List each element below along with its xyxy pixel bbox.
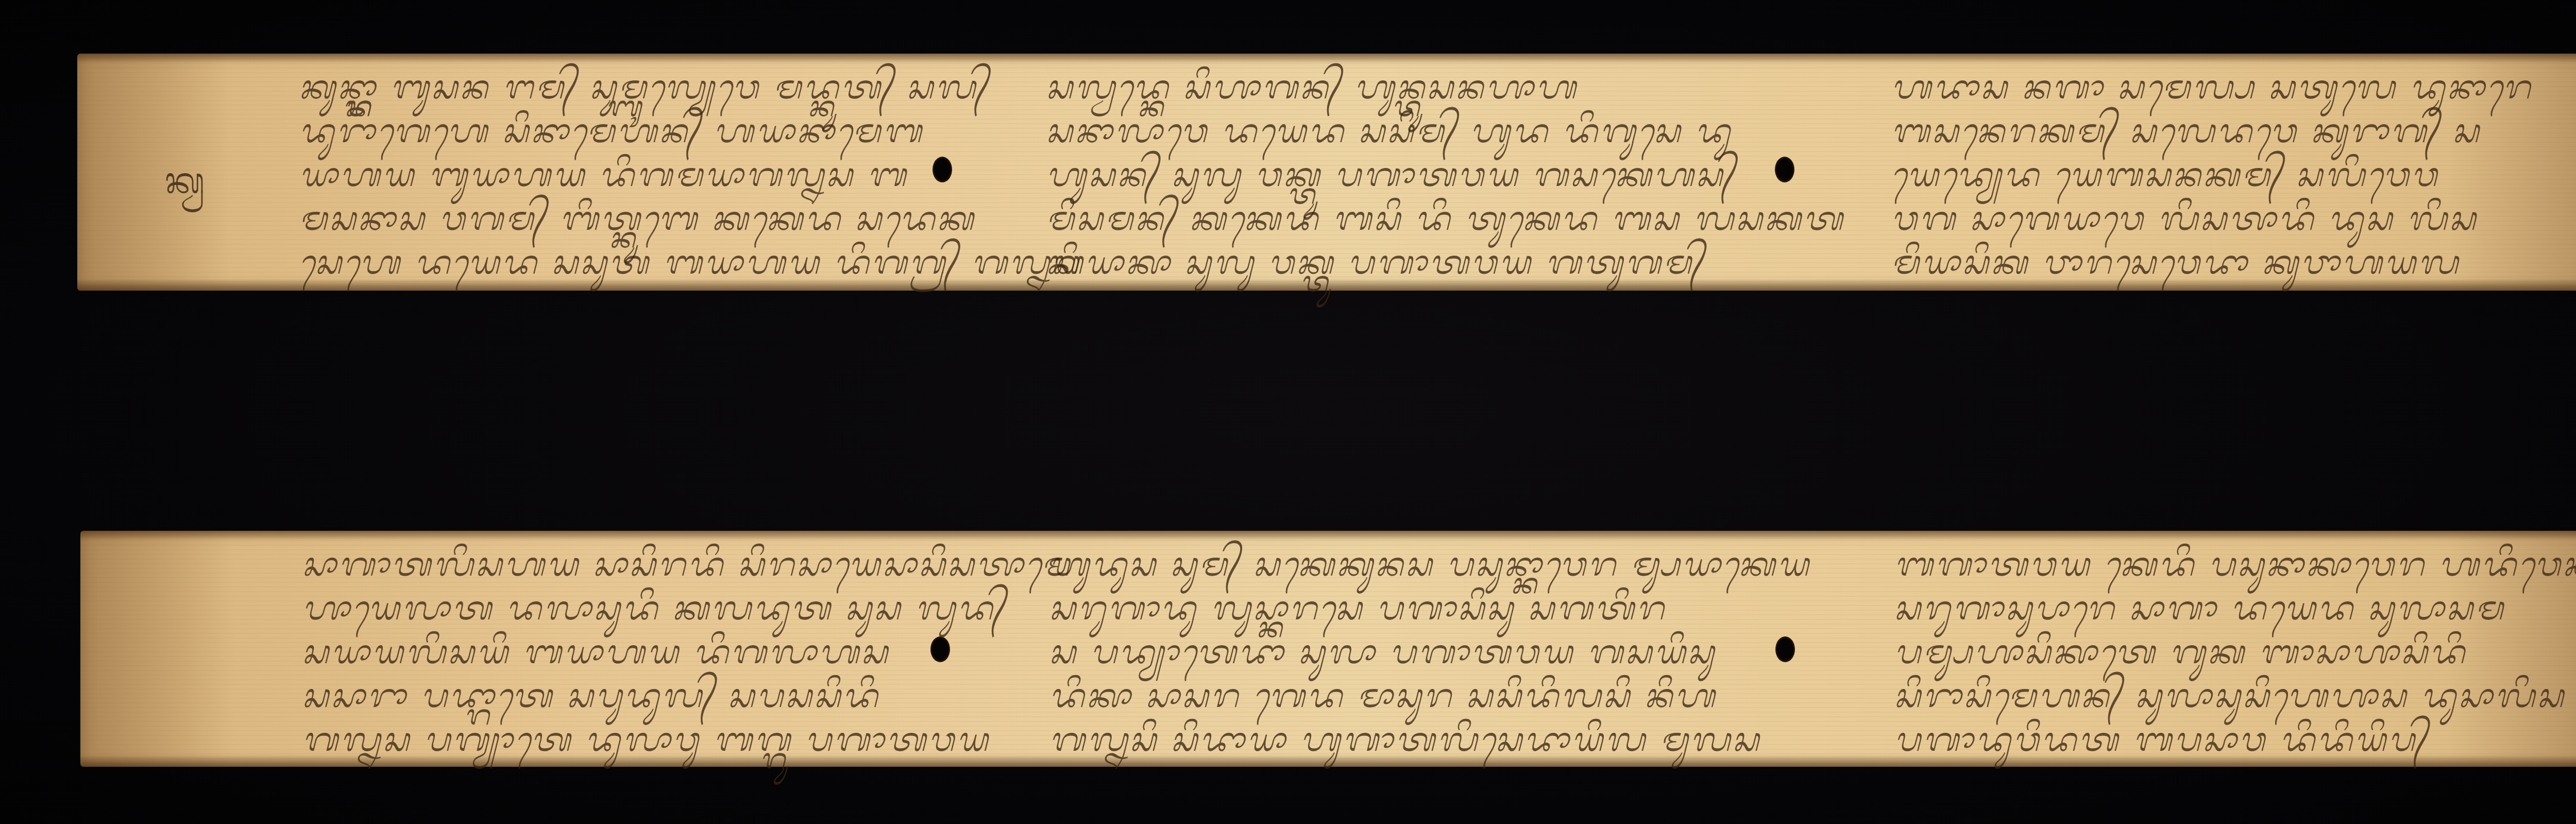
script-line: ᬕᬮ᭄ᬦᬲᬶ ᬲᬶᬤᬵᬬᬵ ᬳᬸᬕᬵᬢᬮᬶᬲᬾᬤᬵᬬᬶᬮ ᬫᬸᬮᬲ xyxy=(1049,716,1761,775)
string-hole-left xyxy=(933,157,952,182)
folio-mark: ᬓ᭄ᬯ xyxy=(165,154,205,219)
script-line: ᬓᬶᬬᬵᬓᬵ ᬲᬸᬮᬸ ᬯᬓ᭄ᬢᬸ ᬧᬕᬵᬢᬯᬬ ᬕᬢᬸᬕᬫ᭄ xyxy=(1046,239,1705,298)
script-line: ᬲᬾᬳᬾ ᬤᬬᬾᬤ ᬲᬲᬸᬢ ᬩᬬᬵᬳᬬ ᬤᬶᬕᬕ᭄ᬭ᭄ ᬕᬮ᭄ᬦᬲ xyxy=(299,239,1080,298)
script-line: ᬧᬕᬵᬤᬸᬯᬶᬤᬢ ᬩᬧᬲᬵᬯ ᬤᬶᬤᬶᬬᬶᬧ᭄ xyxy=(1894,716,2428,775)
palm-leaf-bottom: ᬲᬵᬕᬵᬢᬮᬶᬲᬳᬬ ᬲᬵᬲᬶᬭᬤᬶ ᬲᬶᬭᬲᬵᬬᬾᬲᬵᬲᬶᬲᬢᬵᬫᬾ ᬳᬵᬬᬾ… xyxy=(80,531,2576,767)
string-hole-right xyxy=(1775,636,1795,662)
script-line: ᬕᬮ᭄ᬦᬲ ᬧᬕ᭄ᬬᬵᬢᬾ ᬤᬸᬮᬵᬯᬸ ᬩᬕ᭄ᬕᬸ ᬧᬕᬵᬢᬯᬬ xyxy=(302,716,990,775)
script-line: ᬫᬶᬬᬵᬲᬶᬓ ᬯᬵᬭᬲᬾᬯᬾᬤᬵ ᬓᬸᬯᬵᬳᬬᬮ xyxy=(1891,239,2460,298)
palm-leaf-top: ᬓ᭄ᬯ ᬓᬸᬦ᭄ᬢ᭄ᬓᬵ ᬩᬸᬲᬦ ᬗᬫ᭄ ᬲᬸᬫ᭄ᬩᬸᬮ᭄ᬬᬾᬯᬾ ᬫᬤ᭄ᬓᬸ… xyxy=(77,54,2576,291)
string-hole-right xyxy=(1775,157,1794,182)
